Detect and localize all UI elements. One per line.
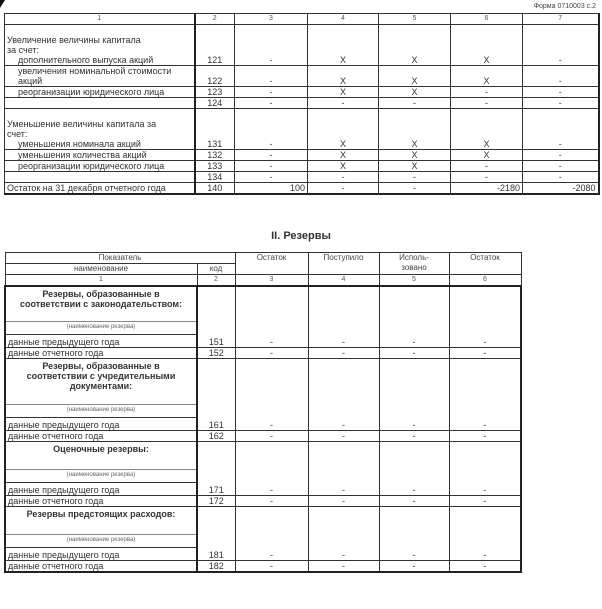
cell-col3: -: [235, 161, 308, 172]
cell-col3: -: [235, 507, 308, 561]
row-label: данные предыдущего года: [5, 335, 197, 348]
cell-col7: -: [523, 161, 599, 172]
table-row: 124-----: [5, 98, 599, 109]
header-indicator: Показатель: [5, 253, 235, 264]
reserve-group-title: Резервы, образованные всоответствии с уч…: [5, 359, 197, 405]
cell-col5: X: [379, 161, 451, 172]
column-number: 5: [379, 275, 449, 287]
header-code: код: [197, 264, 235, 275]
column-number: 3: [235, 275, 308, 287]
column-number: 3: [235, 14, 308, 25]
column-number: 2: [195, 14, 235, 25]
cell-col5: -: [379, 348, 449, 359]
row-code: 131: [195, 109, 235, 150]
cell-col4: X: [308, 66, 379, 87]
row-label: Уменьшение величины капитала засчет:умен…: [5, 109, 195, 150]
cell-col5: -: [379, 359, 449, 431]
cell-col3: -: [235, 66, 308, 87]
row-code: 121: [195, 25, 235, 66]
cell-col5: -: [379, 172, 451, 183]
row-code: 122: [195, 66, 235, 87]
cell-col3: -: [235, 98, 308, 109]
cell-col6: -: [449, 348, 521, 359]
cell-col3: -: [235, 150, 308, 161]
table-row: данные отчетного года172----: [5, 496, 521, 507]
cell-col4: -: [308, 286, 379, 348]
cell-col4: X: [308, 87, 379, 98]
cell-col6: -: [449, 442, 521, 496]
cell-col3: -: [235, 359, 308, 431]
row-label: увеличения номинальной стоимостиакций: [5, 66, 195, 87]
cell-col5: X: [379, 109, 451, 150]
cell-col4: X: [308, 150, 379, 161]
cell-col5: -: [379, 286, 449, 348]
table-row: уменьшения количества акций132-XXX-: [5, 150, 599, 161]
cell-col6: X: [451, 25, 523, 66]
cell-col4: -: [308, 561, 379, 573]
row-label: реорганизации юридического лица: [5, 161, 195, 172]
cell-col7: -2080: [523, 183, 599, 195]
cell-col4: -: [308, 442, 379, 496]
cell-col4: -: [308, 172, 379, 183]
row-code: 133: [195, 161, 235, 172]
cell-col3: -: [235, 348, 308, 359]
cell-col5: X: [379, 150, 451, 161]
row-label: данные отчетного года: [5, 496, 197, 507]
cell-col7: -: [523, 109, 599, 150]
cell-col7: -: [523, 98, 599, 109]
cell-col7: -: [523, 172, 599, 183]
reserve-name-caption: (наименование резерва): [5, 535, 197, 548]
column-number-row: 1234567: [5, 14, 599, 25]
cell-col3: -: [235, 442, 308, 496]
column-number: 7: [523, 14, 599, 25]
cell-col5: X: [379, 66, 451, 87]
cell-col5: -: [379, 183, 451, 195]
cell-col6: -: [451, 98, 523, 109]
row-label: Остаток на 31 декабря отчетного года: [5, 183, 195, 195]
header-used: Исполь-зовано: [379, 253, 449, 275]
header-name: наименование: [5, 264, 197, 275]
table-row: Уменьшение величины капитала засчет:умен…: [5, 109, 599, 150]
cell-col3: -: [235, 286, 308, 348]
reserve-name-caption: (наименование резерва): [5, 470, 197, 483]
reserve-group-title: Резервы, образованные всоответствии с за…: [5, 286, 197, 322]
reserve-group-title-row: Резервы предстоящих расходов:181----: [5, 507, 521, 535]
header-balance-start: Остаток: [235, 253, 308, 275]
table-row: данные отчетного года162----: [5, 431, 521, 442]
table-row: реорганизации юридического лица133-XX--: [5, 161, 599, 172]
table-row: увеличения номинальной стоимостиакций122…: [5, 66, 599, 87]
row-code: 151: [197, 286, 235, 348]
cell-col4: -: [308, 359, 379, 431]
cell-col5: X: [379, 25, 451, 66]
table-row: реорганизации юридического лица123-XX--: [5, 87, 599, 98]
cell-col6: X: [451, 66, 523, 87]
cell-col3: -: [235, 431, 308, 442]
column-number: 6: [449, 275, 521, 287]
row-code: 181: [197, 507, 235, 561]
table-row: Увеличение величины капиталаза счет:допо…: [5, 25, 599, 66]
column-number: 1: [5, 275, 197, 287]
header-received: Поступило: [308, 253, 379, 275]
row-label: [5, 98, 195, 109]
column-number: 1: [5, 14, 195, 25]
cell-col6: -: [449, 561, 521, 573]
reserve-name-caption: (наименование резерва): [5, 322, 197, 335]
cell-col4: -: [308, 496, 379, 507]
cell-col6: -: [449, 507, 521, 561]
row-label: данные отчетного года: [5, 348, 197, 359]
reserve-name-caption: (наименование резерва): [5, 405, 197, 418]
cell-col6: -: [449, 431, 521, 442]
cell-col4: X: [308, 25, 379, 66]
row-label: реорганизации юридического лица: [5, 87, 195, 98]
cell-col4: -: [308, 507, 379, 561]
closing-balance-row: Остаток на 31 декабря отчетного года1401…: [5, 183, 599, 195]
reserve-group-title-row: Оценочные резервы:171----: [5, 442, 521, 470]
cell-col6: -: [451, 172, 523, 183]
cell-col5: -: [379, 507, 449, 561]
cell-col3: -: [235, 109, 308, 150]
row-label: данные отчетного года: [5, 431, 197, 442]
reserve-group-title-row: Резервы, образованные всоответствии с за…: [5, 286, 521, 322]
cell-col3: -: [235, 87, 308, 98]
table-row: 134-----: [5, 172, 599, 183]
row-code: 172: [197, 496, 235, 507]
cell-col6: -: [449, 286, 521, 348]
cell-col6: X: [451, 150, 523, 161]
header-balance-end: Остаток: [449, 253, 521, 275]
reserve-group-title: Резервы предстоящих расходов:: [5, 507, 197, 535]
cell-col7: -: [523, 87, 599, 98]
cell-col6: -: [449, 359, 521, 431]
row-label: данные предыдущего года: [5, 483, 197, 496]
row-code: 123: [195, 87, 235, 98]
row-code: 140: [195, 183, 235, 195]
row-code: 182: [197, 561, 235, 573]
row-code: 162: [197, 431, 235, 442]
capital-changes-table: 1234567Увеличение величины капиталаза сч…: [4, 13, 600, 195]
row-label: данные отчетного года: [5, 561, 197, 573]
cell-col6: -: [451, 87, 523, 98]
row-code: 124: [195, 98, 235, 109]
row-code: 171: [197, 442, 235, 496]
row-label: уменьшения количества акций: [5, 150, 195, 161]
reserves-table: ПоказательОстатокПоступилоИсполь-зованоО…: [4, 252, 522, 573]
cell-col5: X: [379, 87, 451, 98]
row-label: Увеличение величины капиталаза счет:допо…: [5, 25, 195, 66]
row-label: данные предыдущего года: [5, 418, 197, 431]
column-number: 4: [308, 275, 379, 287]
cell-col7: -: [523, 150, 599, 161]
cell-col6: X: [451, 109, 523, 150]
column-number: 5: [379, 14, 451, 25]
cell-col5: -: [379, 496, 449, 507]
row-code: 132: [195, 150, 235, 161]
form-code: Форма 0710003 с.2: [534, 3, 596, 10]
row-label: данные предыдущего года: [5, 548, 197, 561]
row-code: 134: [195, 172, 235, 183]
cell-col7: -: [523, 25, 599, 66]
cell-col3: -: [235, 25, 308, 66]
cell-col4: -: [308, 98, 379, 109]
cell-col4: X: [308, 109, 379, 150]
reserve-group-title-row: Резервы, образованные всоответствии с уч…: [5, 359, 521, 405]
reserves-section-title: II. Резервы: [0, 230, 602, 242]
cell-col4: -: [308, 348, 379, 359]
cell-col3: -: [235, 561, 308, 573]
cell-col5: -: [379, 98, 451, 109]
column-number: 4: [308, 14, 379, 25]
cell-col6: -2180: [451, 183, 523, 195]
column-number-row: 123456: [5, 275, 521, 287]
table-row: данные отчетного года182----: [5, 561, 521, 573]
scan-corner-mark: [0, 0, 5, 8]
column-number: 2: [197, 275, 235, 287]
cell-col4: -: [308, 431, 379, 442]
cell-col5: -: [379, 431, 449, 442]
cell-col3: -: [235, 172, 308, 183]
row-code: 161: [197, 359, 235, 431]
cell-col7: -: [523, 66, 599, 87]
cell-col5: -: [379, 442, 449, 496]
row-code: 152: [197, 348, 235, 359]
reserve-group-title: Оценочные резервы:: [5, 442, 197, 470]
header-row: ПоказательОстатокПоступилоИсполь-зованоО…: [5, 253, 521, 264]
cell-col5: -: [379, 561, 449, 573]
table-row: данные отчетного года152----: [5, 348, 521, 359]
cell-col4: X: [308, 161, 379, 172]
cell-col6: -: [451, 161, 523, 172]
row-label: [5, 172, 195, 183]
cell-col3: -: [235, 496, 308, 507]
cell-col6: -: [449, 496, 521, 507]
cell-col4: -: [308, 183, 379, 195]
column-number: 6: [451, 14, 523, 25]
cell-col3: 100: [235, 183, 308, 195]
